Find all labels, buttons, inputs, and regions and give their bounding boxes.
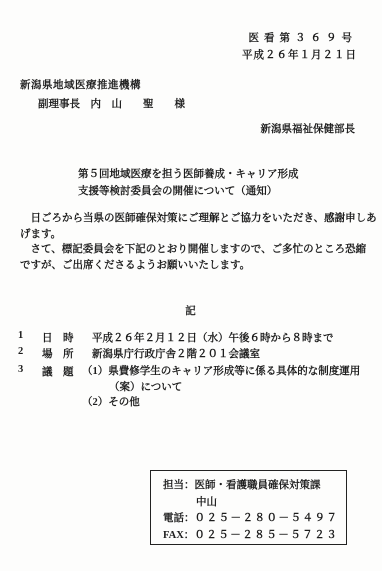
phone-number: ０２５－２８０－５４９７: [195, 513, 339, 524]
document-page: 医看第３６９号 平成２６年１月２１日 新潟県地域医療推進機構 副理事長 内 山 …: [0, 0, 382, 571]
topic-line-1: （1）県費修学生のキャリア形成等に係る具体的な制度運用: [82, 364, 360, 380]
announcement-paragraph: さて、標記委員会を下記のとおり開催しますので、ご多忙のところ恐縮 ですが、ご出席…: [20, 242, 382, 273]
fax-label: FAX：: [163, 530, 194, 541]
contact-person: 中山: [163, 495, 342, 512]
item-label: 議 題: [42, 364, 82, 379]
item-label: 日 時: [42, 330, 82, 345]
subject-line-2: 支援等検討委員会の開催について（通知）: [78, 183, 299, 200]
topic-line-2: （案）について: [82, 380, 360, 396]
greeting-paragraph: 日ごろから当県の医師確保対策にご理解とご協力をいただき、感謝申しあ げます。: [20, 211, 382, 242]
fax-number: ０２５－２８５－５７２３: [194, 530, 338, 541]
recipient-name: 副理事長 内 山 聖 様: [38, 96, 185, 111]
topic-line-3: （2）その他: [82, 395, 360, 411]
subject-title: 第５回地域医療を担う医師養成・キャリア形成 支援等検討委員会の開催について（通知…: [78, 166, 299, 200]
phone-label: 電話：: [163, 513, 195, 524]
item-number: 2: [18, 346, 30, 357]
record-marker: 記: [0, 303, 382, 318]
subject-line-1: 第５回地域医療を担う医師養成・キャリア形成: [78, 166, 299, 183]
contact-box: 担当：医師・看護職員確保対策課 中山 電話：０２５－２８０－５４９７ FAX：０…: [150, 470, 347, 545]
contact-department: 担当：医師・看護職員確保対策課: [163, 478, 342, 495]
recipient-organization: 新潟県地域医療推進機構: [20, 77, 141, 92]
item-label: 場 所: [42, 346, 82, 361]
issue-date: 平成２６年１月２１日: [242, 47, 357, 62]
item-value: 平成２６年２月１２日（水）午後６時から８時まで: [82, 330, 334, 345]
contact-phone: 電話：０２５－２８０－５４９７: [163, 511, 342, 528]
body-text: 日ごろから当県の医師確保対策にご理解とご協力をいただき、感謝申しあ げます。 さ…: [20, 211, 382, 273]
item-value: （1）県費修学生のキャリア形成等に係る具体的な制度運用 （案）について （2）そ…: [82, 364, 360, 411]
item-value: 新潟県庁行政庁舎２階２０１会議室: [82, 346, 260, 361]
item-number: 3: [18, 364, 30, 375]
sender-title: 新潟県福祉保健部長: [261, 121, 356, 136]
agenda-item-datetime: 1 日 時 平成２６年２月１２日（水）午後６時から８時まで: [18, 330, 334, 345]
agenda-item-topics: 3 議 題 （1）県費修学生のキャリア形成等に係る具体的な制度運用 （案）につい…: [18, 364, 360, 411]
contact-fax: FAX：０２５－２８５－５７２３: [163, 528, 342, 545]
item-number: 1: [18, 330, 30, 341]
document-number: 医看第３６９号: [249, 30, 358, 45]
agenda-item-place: 2 場 所 新潟県庁行政庁舎２階２０１会議室: [18, 346, 260, 361]
